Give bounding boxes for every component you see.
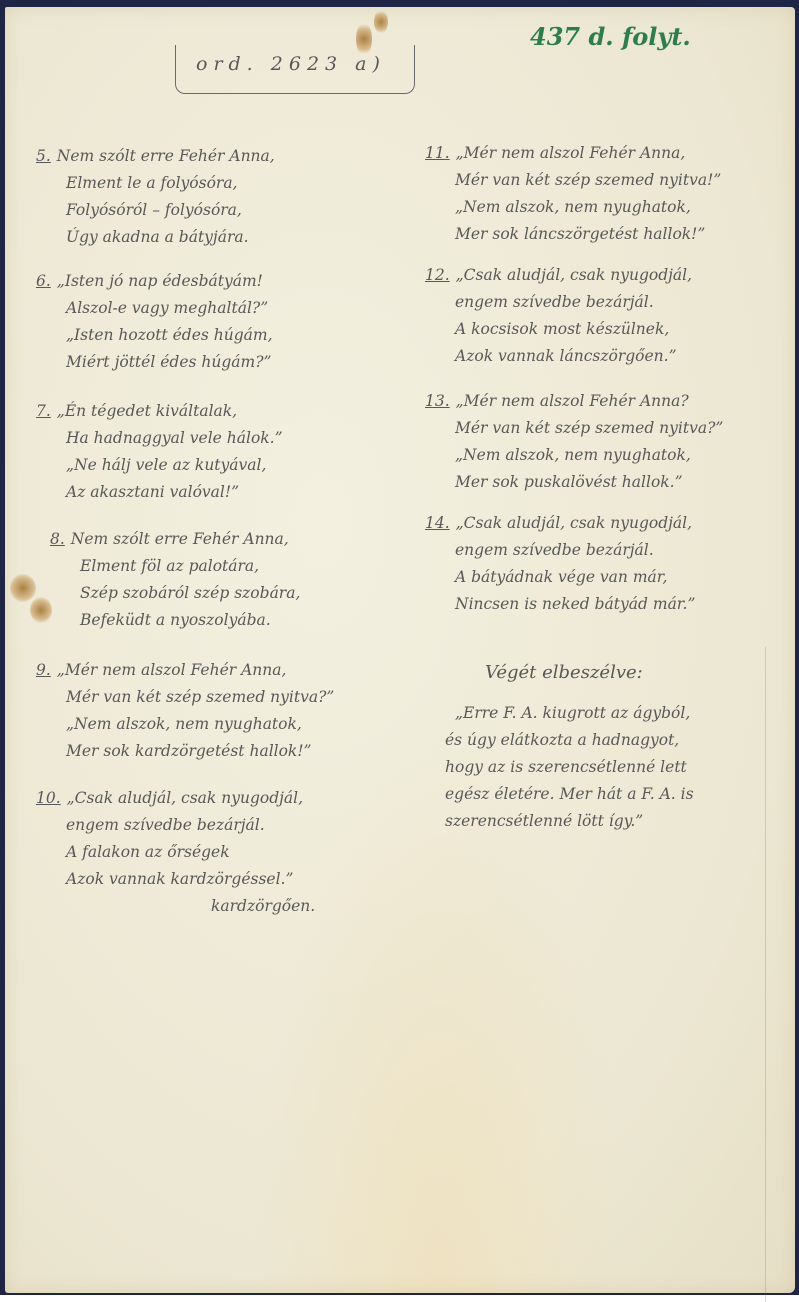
stanza-number: 11. <box>425 144 450 162</box>
rust-stain-left-1 <box>10 574 36 602</box>
stanza-number: 12. <box>425 266 450 284</box>
stanza-number: 5. <box>36 147 51 165</box>
stanza-8: 8.Nem szólt erre Fehér Anna, Elment föl … <box>50 526 300 634</box>
ending-heading: Végét elbeszélve: <box>485 662 643 683</box>
stanza-10: 10.„Csak aludjál, csak nyugodjál, engem … <box>36 785 315 920</box>
verse-line: engem szívedbe bezárjál. <box>425 289 692 316</box>
verse-line: Mer sok puskalövést hallok.” <box>425 469 723 496</box>
prose-line: „Erre F. A. kiugrott az ágyból, <box>445 700 694 727</box>
verse-line: „Mér nem alszol Fehér Anna? <box>456 392 689 410</box>
verse-line: engem szívedbe bezárjál. <box>36 812 315 839</box>
stanza-9: 9.„Mér nem alszol Fehér Anna, Mér van ké… <box>36 657 334 765</box>
verse-line: „Nem alszok, nem nyughatok, <box>425 442 723 469</box>
stanza-number: 10. <box>36 789 61 807</box>
prose-line: egész életére. Mer hát a F. A. is <box>445 781 694 808</box>
ending-prose: „Erre F. A. kiugrott az ágyból, és úgy e… <box>445 700 694 835</box>
rust-stain-top-2 <box>374 10 388 34</box>
stanza-13: 13.„Mér nem alszol Fehér Anna? Mér van k… <box>425 388 723 496</box>
verse-line: „Csak aludjál, csak nyugodjál, <box>456 266 692 284</box>
prose-line: hogy az is szerencsétlenné lett <box>445 754 694 781</box>
verse-line: Mer sok kardzörgetést hallok!” <box>36 738 334 765</box>
verse-line: Az akasztani valóval!” <box>36 479 283 506</box>
verse-line: „Nem alszok, nem nyughatok, <box>425 194 721 221</box>
stanza-number: 8. <box>50 530 65 548</box>
stanza-number: 9. <box>36 661 51 679</box>
stanza-11: 11.„Mér nem alszol Fehér Anna, Mér van k… <box>425 140 721 248</box>
verse-line: „Nem alszok, nem nyughatok, <box>36 711 334 738</box>
verse-line: Szép szobáról szép szobára, <box>50 580 300 607</box>
verse-line: Befeküdt a nyoszolyába. <box>50 607 300 634</box>
prose-line: és úgy elátkozta a hadnagyot, <box>445 727 694 754</box>
green-annotation: 437 d. folyt. <box>530 22 691 51</box>
verse-line: Ha hadnaggyal vele hálok.” <box>36 425 283 452</box>
verse-line: Azok vannak láncszörgően.” <box>425 343 692 370</box>
verse-line: engem szívedbe bezárjál. <box>425 537 695 564</box>
verse-line: „Csak aludjál, csak nyugodjál, <box>456 514 692 532</box>
verse-line: „Isten hozott édes húgám, <box>36 322 273 349</box>
verse-line: Azok vannak kardzörgéssel.” <box>36 866 315 893</box>
verse-line: Elment föl az palotára, <box>50 553 300 580</box>
verse-line: A bátyádnak vége van már, <box>425 564 695 591</box>
paper-fold-edge <box>765 647 796 1302</box>
verse-correction: kardzörgően. <box>36 893 315 920</box>
verse-line: „Mér nem alszol Fehér Anna, <box>57 661 287 679</box>
prose-line: szerencsétlenné lött így.” <box>445 808 694 835</box>
verse-line: „Én tégedet kiváltalak, <box>57 402 237 420</box>
verse-line: Mér van két szép szemed nyitva?” <box>36 684 334 711</box>
archive-reference: ord. 2623 a) <box>196 53 386 75</box>
verse-line: Nem szólt erre Fehér Anna, <box>71 530 289 548</box>
stanza-5: 5.Nem szólt erre Fehér Anna, Elment le a… <box>36 143 275 251</box>
verse-line: Mer sok láncszörgetést hallok!” <box>425 221 721 248</box>
verse-line: A kocsisok most készülnek, <box>425 316 692 343</box>
stanza-number: 14. <box>425 514 450 532</box>
stanza-number: 13. <box>425 392 450 410</box>
verse-line: Mér van két szép szemed nyitva?” <box>425 415 723 442</box>
verse-line: „Ne hálj vele az kutyával, <box>36 452 283 479</box>
verse-line: Nem szólt erre Fehér Anna, <box>57 147 275 165</box>
stanza-number: 7. <box>36 402 51 420</box>
verse-line: Mér van két szép szemed nyitva!” <box>425 167 721 194</box>
verse-line: Úgy akadna a bátyjára. <box>36 224 275 251</box>
rust-stain-left-2 <box>30 597 52 623</box>
verse-line: A falakon az őrségek <box>36 839 315 866</box>
verse-line: „Mér nem alszol Fehér Anna, <box>456 144 686 162</box>
verse-line: „Csak aludjál, csak nyugodjál, <box>67 789 303 807</box>
verse-line: Miért jöttél édes húgám?” <box>36 349 273 376</box>
verse-line: Nincsen is neked bátyád már.” <box>425 591 695 618</box>
stanza-14: 14.„Csak aludjál, csak nyugodjál, engem … <box>425 510 695 618</box>
stanza-number: 6. <box>36 272 51 290</box>
stanza-6: 6.„Isten jó nap édesbátyám! Alszol-e vag… <box>36 268 273 376</box>
verse-line: Folyósóról – folyósóra, <box>36 197 275 224</box>
verse-line: „Isten jó nap édesbátyám! <box>57 272 263 290</box>
verse-line: Alszol-e vagy meghaltál?” <box>36 295 273 322</box>
verse-line: Elment le a folyósóra, <box>36 170 275 197</box>
stanza-12: 12.„Csak aludjál, csak nyugodjál, engem … <box>425 262 692 370</box>
stanza-7: 7.„Én tégedet kiváltalak, Ha hadnaggyal … <box>36 398 283 506</box>
